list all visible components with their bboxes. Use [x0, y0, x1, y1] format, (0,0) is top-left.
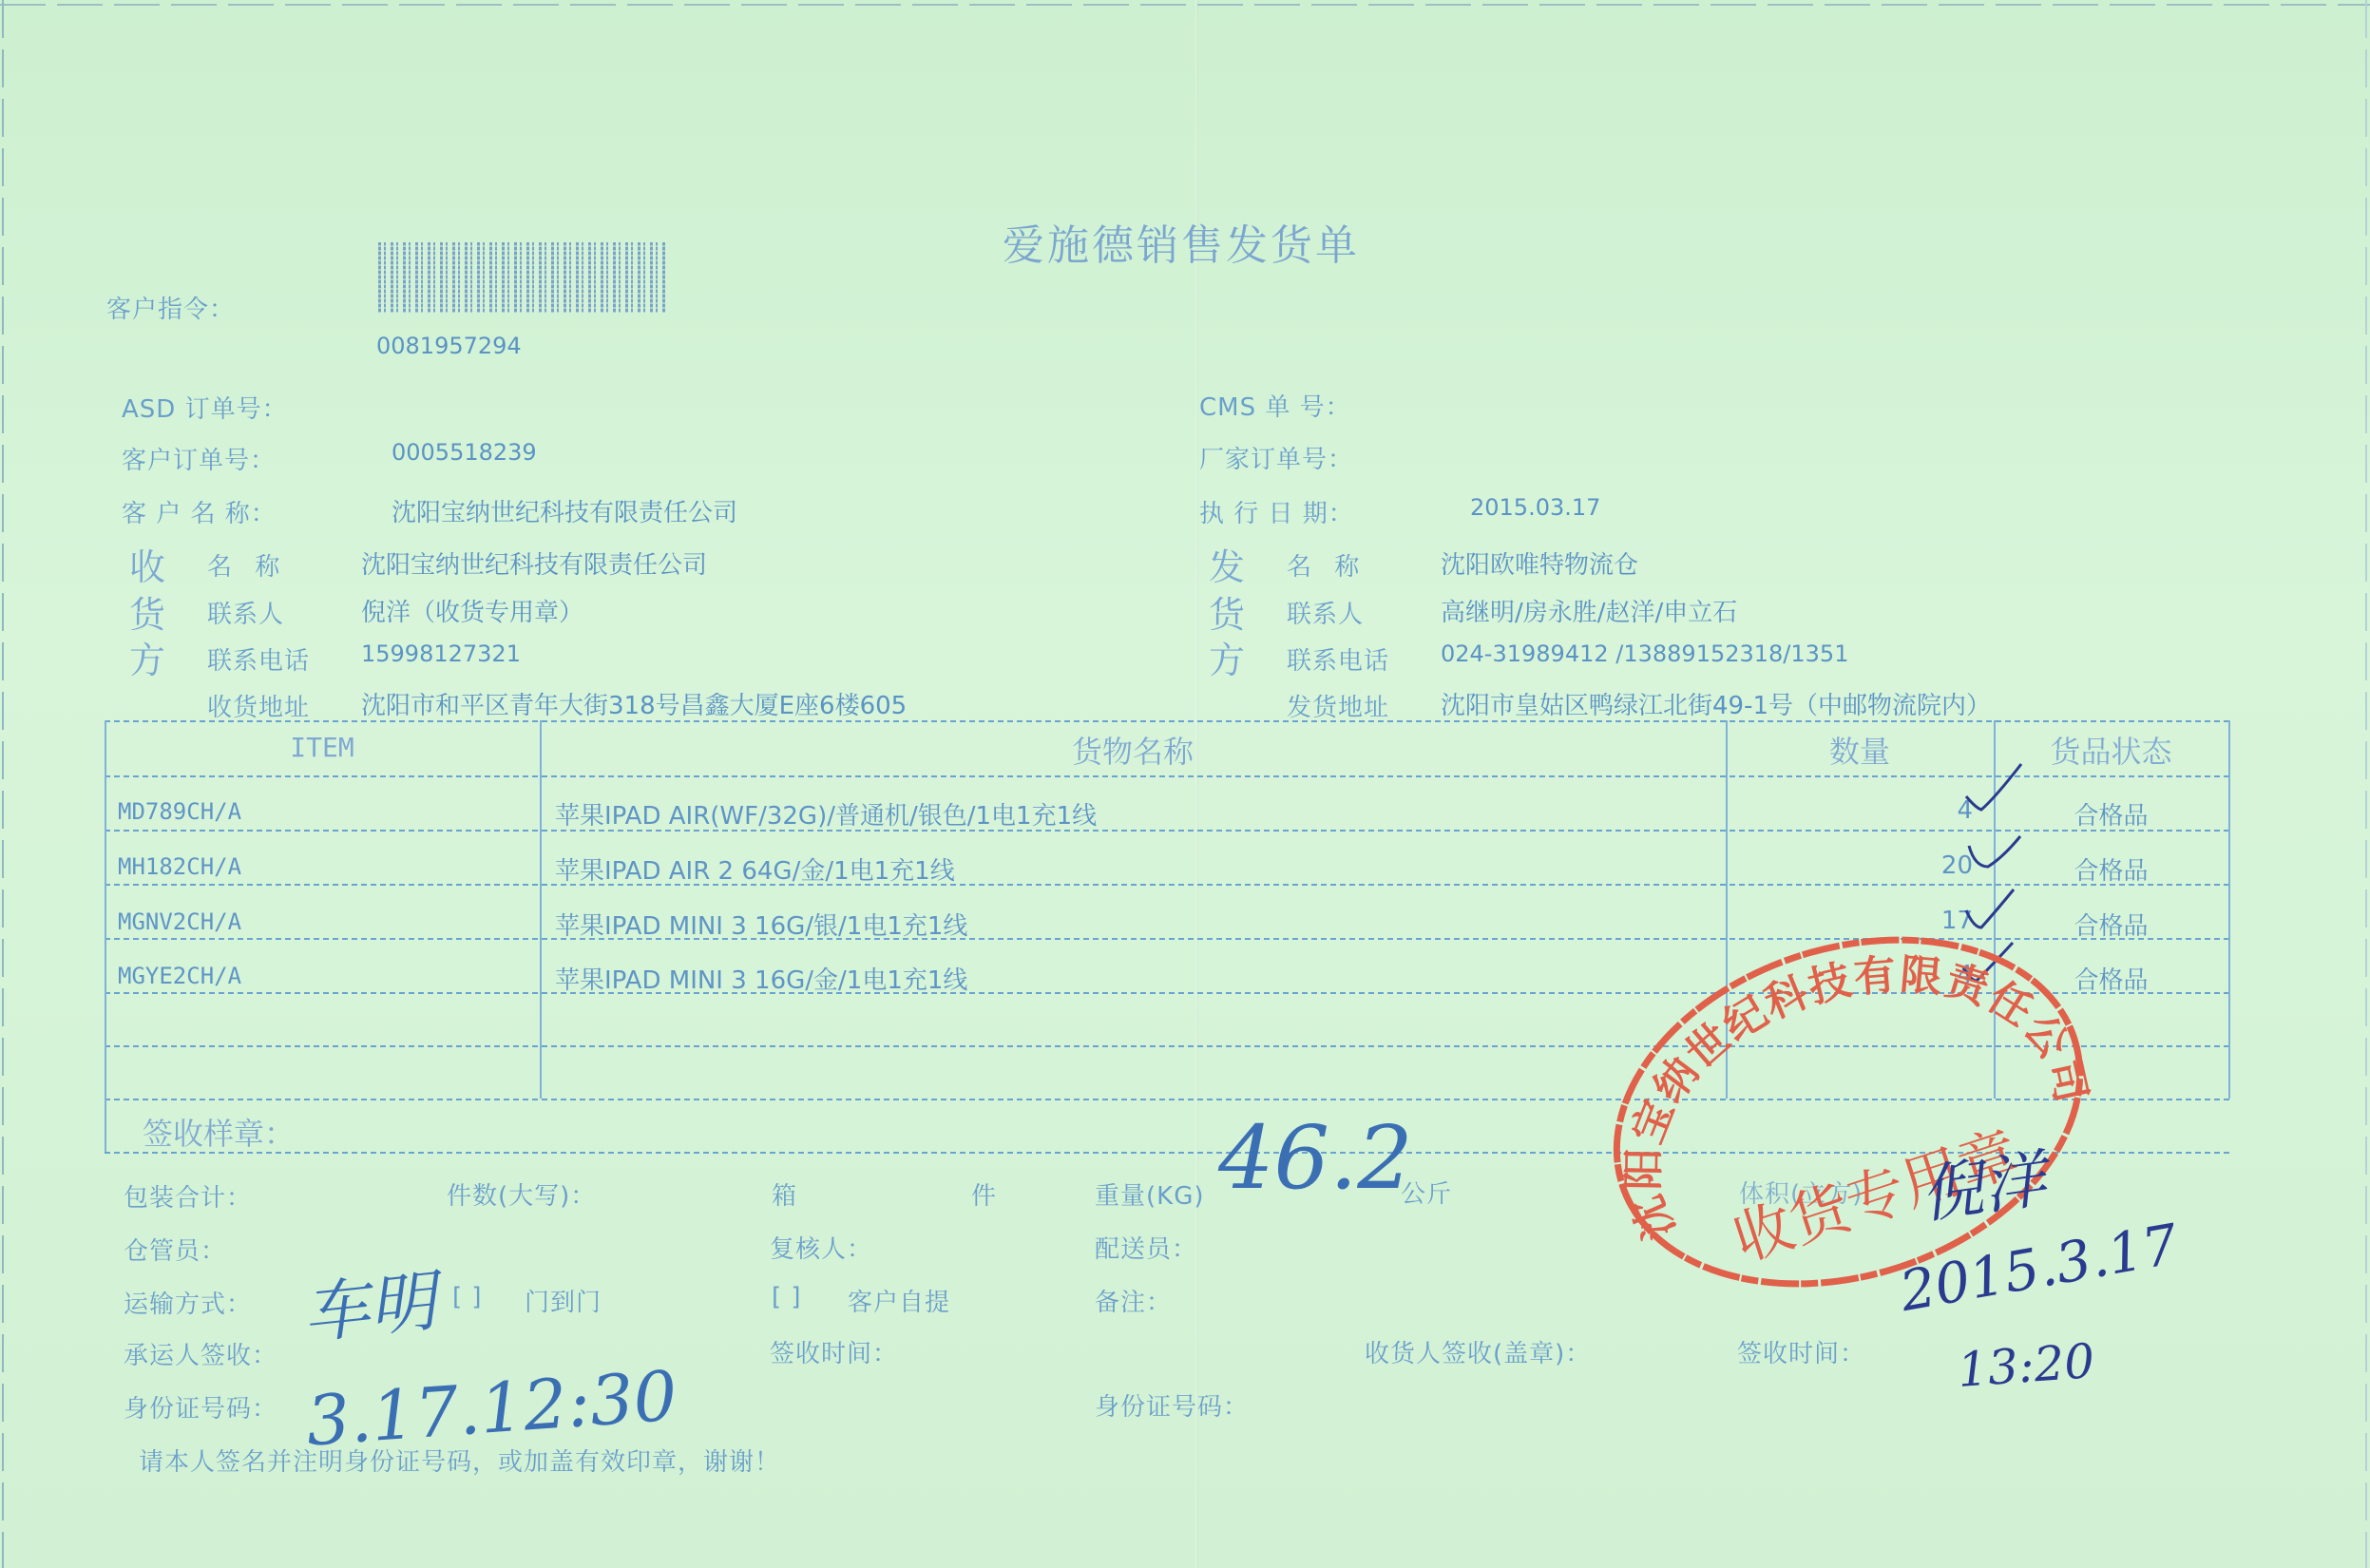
warehouse-clerk-label: 仓管员：: [124, 1232, 226, 1267]
table-col-divider: [540, 720, 542, 1099]
shipper-name-label: 名 称: [1287, 547, 1360, 583]
column-header-goods-name: 货物名称: [540, 728, 1726, 772]
shipper-contact-label: 联系人: [1287, 595, 1364, 630]
receiver-contact-label: 联系人: [207, 595, 284, 630]
self-pickup-label: 客户自提: [848, 1283, 950, 1318]
piece-label: 件: [971, 1176, 997, 1212]
weight-unit: 公斤: [1401, 1175, 1452, 1210]
table-row-divider: [105, 830, 2229, 832]
perforation-left: [2, 0, 4, 1568]
table-border-top: [105, 720, 2229, 722]
customer-order-label: 客户订单号：: [122, 441, 276, 476]
carrier-signature-handwritten: 车明: [297, 1248, 440, 1357]
receiver-name-label: 名 称: [207, 547, 280, 583]
customer-instruction-label: 客户指令：: [106, 290, 235, 325]
column-header-status: 货品状态: [1994, 728, 2228, 772]
cell-item: MH182CH/A: [118, 853, 241, 880]
cell-goods-name: 苹果IPAD MINI 3 16G/银/1电1充1线: [555, 907, 967, 942]
receiver-phone-label: 联系电话: [207, 641, 310, 677]
customer-instruction-number: 0081957294: [376, 333, 522, 359]
cell-goods-name: 苹果IPAD MINI 3 16G/金/1电1充1线: [555, 961, 967, 996]
weight-label: 重量(KG): [1095, 1176, 1205, 1212]
table-border-left: [105, 720, 106, 1152]
receiver-time-handwritten: 13:20: [1956, 1333, 2096, 1398]
shipper-phone-value: 024-31989412 /13889152318/1351: [1441, 641, 1848, 667]
table-border-right: [2228, 720, 2230, 1099]
perforation-right: [2365, 0, 2367, 1568]
weight-value-handwritten: 46.2: [1218, 1107, 1413, 1209]
carrier-id-label: 身份证号码：: [124, 1389, 277, 1425]
shipper-side-char-1: 发: [1209, 538, 1245, 590]
carrier-sign-time-label: 签收时间：: [770, 1334, 898, 1369]
receiver-side-char-3: 方: [129, 631, 165, 683]
exec-date-label: 执 行 日 期：: [1199, 494, 1354, 529]
asd-order-label: ASD 订单号：: [122, 390, 288, 425]
column-header-item: ITEM: [105, 732, 540, 763]
cell-quantity: 4: [1726, 796, 1973, 825]
shipper-side-char-2: 货: [1209, 585, 1245, 638]
receiver-phone-value: 15998127321: [361, 641, 521, 667]
customer-name-value: 沈阳宝纳世纪科技有限责任公司: [392, 493, 737, 528]
checkmark-icon: [1962, 760, 2029, 817]
cell-item: MD789CH/A: [118, 798, 241, 825]
receiver-address-label: 收货地址: [207, 688, 310, 723]
carrier-sign-label: 承运人签收：: [124, 1336, 277, 1371]
receiver-sign-time-label: 签收时间：: [1737, 1334, 1865, 1369]
self-pickup-checkbox[interactable]: [ ]: [772, 1283, 802, 1311]
shipper-name-value: 沈阳欧唯特物流仓: [1441, 545, 1638, 581]
perforation-top: [0, 4, 2370, 6]
receiver-address-value: 沈阳市和平区青年大街318号昌鑫大厦E座6楼605: [361, 686, 907, 721]
deliverer-label: 配送员：: [1095, 1230, 1197, 1265]
shipper-phone-label: 联系电话: [1287, 641, 1389, 677]
receiver-side-char-2: 货: [129, 585, 165, 638]
table-row-divider: [105, 775, 2229, 777]
cms-label: CMS 单 号：: [1199, 388, 1351, 423]
box-label: 箱: [772, 1176, 797, 1212]
exec-date-value: 2015.03.17: [1470, 494, 1600, 521]
reviewer-label: 复核人：: [770, 1230, 872, 1265]
receiver-contact-value: 倪洋（收货专用章）: [361, 593, 583, 628]
shipper-contact-value: 高继明/房永胜/赵洋/申立石: [1441, 593, 1737, 628]
barcode: [378, 242, 665, 313]
column-header-quantity: 数量: [1726, 728, 1994, 772]
door-to-door-checkbox[interactable]: [ ]: [452, 1283, 483, 1311]
customer-order-value: 0005518239: [392, 439, 537, 466]
document-title: 爱施德销售发货单: [1003, 211, 1360, 272]
table-row-divider: [105, 884, 2229, 886]
shipper-side-char-3: 方: [1209, 631, 1245, 683]
cell-item: MGNV2CH/A: [118, 908, 241, 935]
cell-quantity: 20: [1726, 851, 1973, 880]
vendor-order-label: 厂家订单号：: [1199, 440, 1353, 475]
remarks-label: 备注：: [1095, 1283, 1172, 1318]
receiver-side-char-1: 收: [129, 538, 165, 590]
cell-item: MGYE2CH/A: [118, 963, 241, 989]
sign-sample-label: 签收样章：: [143, 1110, 295, 1154]
receiver-signature-handwritten: 倪洋: [1914, 1128, 2051, 1234]
cell-goods-name: 苹果IPAD AIR(WF/32G)/普通机/银色/1电1充1线: [555, 796, 1097, 832]
package-total-label: 包装合计：: [124, 1178, 252, 1214]
receiver-sign-label: 收货人签收(盖章)：: [1365, 1334, 1591, 1369]
cell-goods-name: 苹果IPAD AIR 2 64G/金/1电1充1线: [555, 851, 955, 887]
receiver-name-value: 沈阳宝纳世纪科技有限责任公司: [361, 545, 707, 581]
customer-name-label: 客 户 名 称：: [122, 494, 277, 529]
transport-label: 运输方式：: [124, 1285, 252, 1320]
receiver-id-label: 身份证号码：: [1095, 1387, 1249, 1423]
shipper-address-label: 发货地址: [1287, 688, 1389, 723]
pieces-label: 件数(大写)：: [447, 1176, 596, 1212]
door-to-door-label: 门到门: [525, 1283, 602, 1318]
shipper-address-value: 沈阳市皇姑区鸭绿江北街49-1号（中邮物流院内）: [1441, 686, 1991, 721]
